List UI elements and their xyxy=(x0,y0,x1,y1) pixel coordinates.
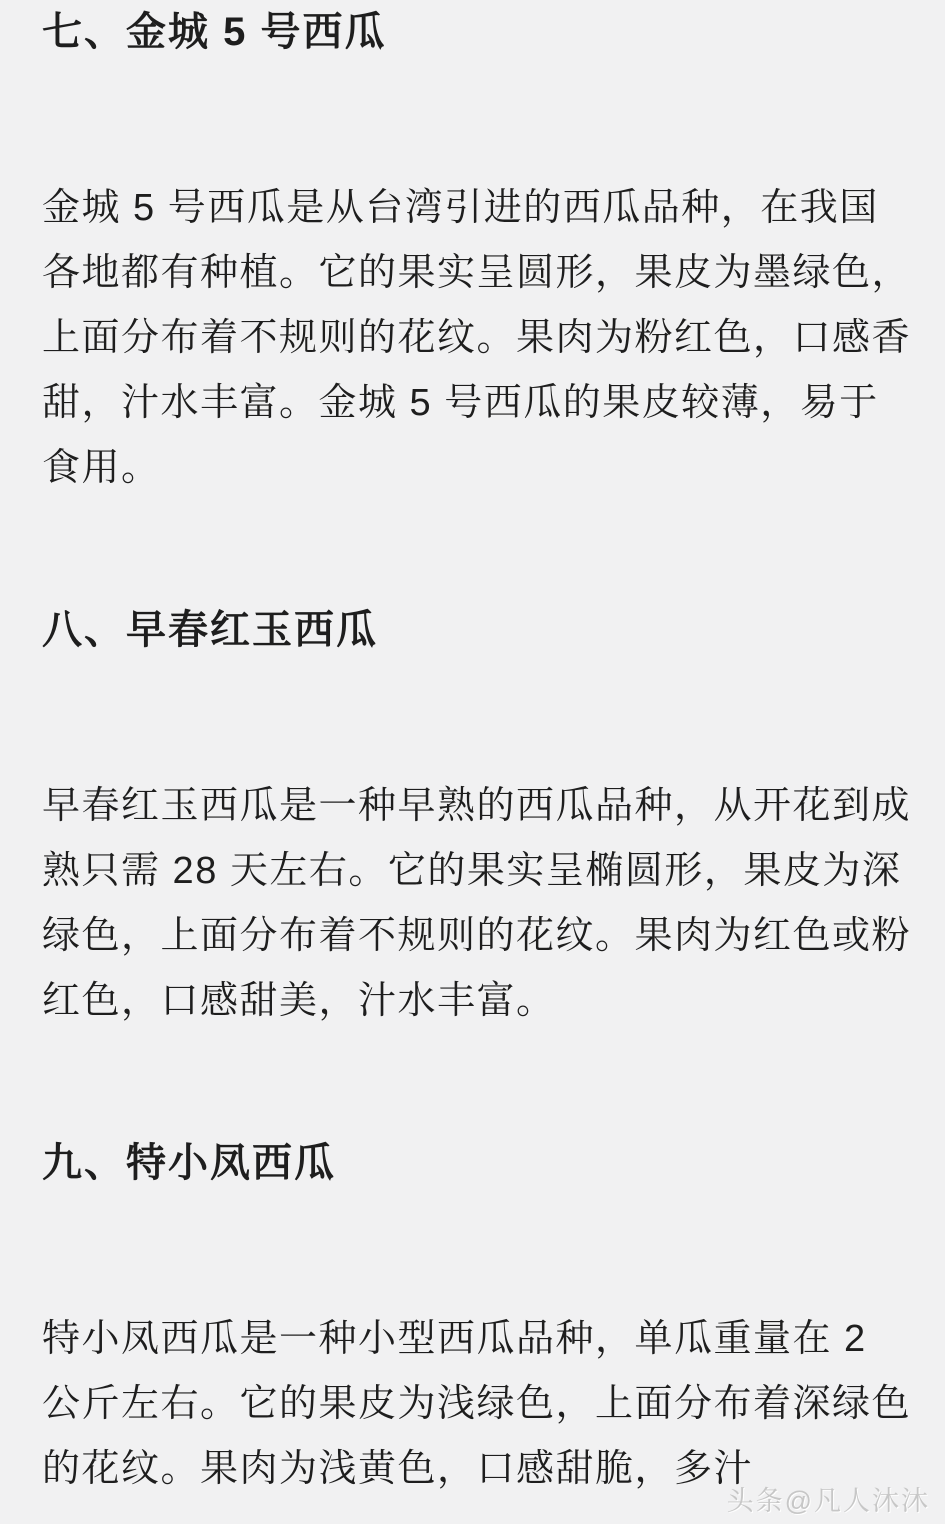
article-page: 七、金城 5 号西瓜 金城 5 号西瓜是从台湾引进的西瓜品种，在我国各地都有种植… xyxy=(0,0,945,1524)
section-body-texiaofeng: 特小凤西瓜是一种小型西瓜品种，单瓜重量在 2 公斤左右。它的果皮为浅绿色，上面分… xyxy=(42,1307,916,1502)
section-jincheng-5: 七、金城 5 号西瓜 金城 5 号西瓜是从台湾引进的西瓜品种，在我国各地都有种植… xyxy=(42,6,945,501)
section-body-zaochun-hongyu: 早春红玉西瓜是一种早熟的西瓜品种，从开花到成熟只需 28 天左右。它的果实呈椭圆… xyxy=(42,774,916,1034)
section-heading-zaochun-hongyu: 八、早春红玉西瓜 xyxy=(42,604,945,656)
section-heading-jincheng-5: 七、金城 5 号西瓜 xyxy=(42,6,945,58)
watermark-toutiao: 头条@凡人沐沐 xyxy=(727,1479,930,1518)
section-heading-texiaofeng: 九、特小凤西瓜 xyxy=(42,1137,945,1189)
section-texiaofeng: 九、特小凤西瓜 特小凤西瓜是一种小型西瓜品种，单瓜重量在 2 公斤左右。它的果皮… xyxy=(42,1137,945,1502)
section-body-jincheng-5: 金城 5 号西瓜是从台湾引进的西瓜品种，在我国各地都有种植。它的果实呈圆形，果皮… xyxy=(42,176,916,501)
article-content: 七、金城 5 号西瓜 金城 5 号西瓜是从台湾引进的西瓜品种，在我国各地都有种植… xyxy=(0,0,945,1502)
section-zaochun-hongyu: 八、早春红玉西瓜 早春红玉西瓜是一种早熟的西瓜品种，从开花到成熟只需 28 天左… xyxy=(42,604,945,1034)
